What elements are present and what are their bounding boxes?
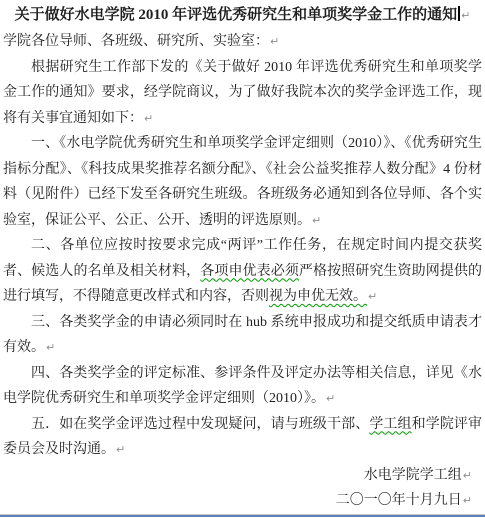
paragraph-mark-icon: ↵ [461, 9, 470, 22]
paragraph-mark-icon: ↵ [463, 494, 472, 507]
text-run: ）》。 [297, 391, 325, 406]
year-run: 2010 [348, 136, 376, 151]
document-page[interactable]: 关于做好水电学院 2010 年评选优秀研究生和单项奖学金工作的通知↵ 学院各位导… [0, 0, 485, 518]
text-run: 学院各位导师、各班级、研究所、实验室： [3, 34, 269, 49]
grammar-flagged-run: 学工组 [369, 417, 411, 432]
text-run: 根据研究生工作部下发的《关于做好 [31, 60, 260, 75]
signature-date-line: 二〇一〇年十月九日↵ [3, 488, 482, 514]
signature-date: 二〇一〇年十月九日 [336, 493, 462, 508]
grammar-flagged-run: 各项申优表必须 [200, 264, 299, 279]
paragraph-mark-icon: ↵ [312, 214, 321, 227]
document-content: 关于做好水电学院 2010 年评选优秀研究生和单项奖学金工作的通知↵ 学院各位导… [0, 0, 485, 514]
paragraph-mark-icon: ↵ [368, 290, 377, 303]
text-run: 五．如在奖学金评选过程中发现疑问，请与班级干部、 [31, 417, 369, 432]
paragraph-item-5: 五．如在奖学金评选过程中发现疑问，请与班级干部、学工组和学院评审委员会及时沟通。… [3, 412, 482, 463]
title-text-run: 关于做好水电学院 [15, 7, 135, 23]
paragraph-mark-icon: ↵ [46, 341, 55, 354]
paragraph-item-2: 二、各单位应按时按要求完成“两评”工作任务，在规定时间内提交获奖者、候选人的名单… [3, 233, 482, 310]
year-run: 2010 [269, 391, 297, 406]
paragraph-mark-icon: ↵ [463, 469, 472, 482]
title-text-run: 年评选优秀研究生和单项奖学金工作的通知 [172, 7, 457, 23]
year-run: 2010 [260, 60, 296, 75]
text-run: 三、各类奖学金的申请必须同时在 [31, 315, 242, 330]
paragraph-item-4: 四、各类奖学金的评定标准、参评条件及评定办法等相关信息，详见《水电学院优秀研究生… [3, 361, 482, 412]
paragraph-item-3: 三、各类奖学金的申请必须同时在 hub 系统申报成功和提交纸质申请表才有效。↵ [3, 310, 482, 361]
paragraph-mark-icon: ↵ [144, 112, 153, 125]
text-cursor [458, 6, 460, 21]
hub-system-run: hub [242, 315, 270, 330]
number-run: 4 [443, 162, 454, 177]
paragraph-mark-icon: ↵ [116, 443, 125, 456]
paragraph-item-1: 一、《水电学院优秀研究生和单项奖学金评定细则（2010）》、《优秀研究生指标分配… [3, 131, 482, 233]
grammar-flagged-run: 视为申优无效。 [269, 289, 367, 304]
paragraph-intro: 根据研究生工作部下发的《关于做好 2010 年评选优秀研究生和单项奖学金工作的通… [3, 55, 482, 132]
title-year-run: 2010 [135, 7, 173, 23]
signature-org-line: 水电学院学工组↵ [3, 463, 482, 489]
text-run: 四、各类奖学金的评定标准、参评条件及评定办法等相关信息，详见《水电学院优秀研究生… [3, 366, 482, 407]
paragraph-mark-icon: ↵ [270, 35, 279, 48]
window-bottom-border [0, 514, 485, 517]
paragraph-mark-icon: ↵ [326, 392, 335, 405]
signature-org: 水电学院学工组 [364, 468, 462, 483]
text-run: 一、《水电学院优秀研究生和单项奖学金评定细则（ [31, 136, 348, 151]
paragraph-greeting: 学院各位导师、各班级、研究所、实验室：↵ [3, 29, 482, 55]
doc-title: 关于做好水电学院 2010 年评选优秀研究生和单项奖学金工作的通知↵ [3, 2, 482, 29]
